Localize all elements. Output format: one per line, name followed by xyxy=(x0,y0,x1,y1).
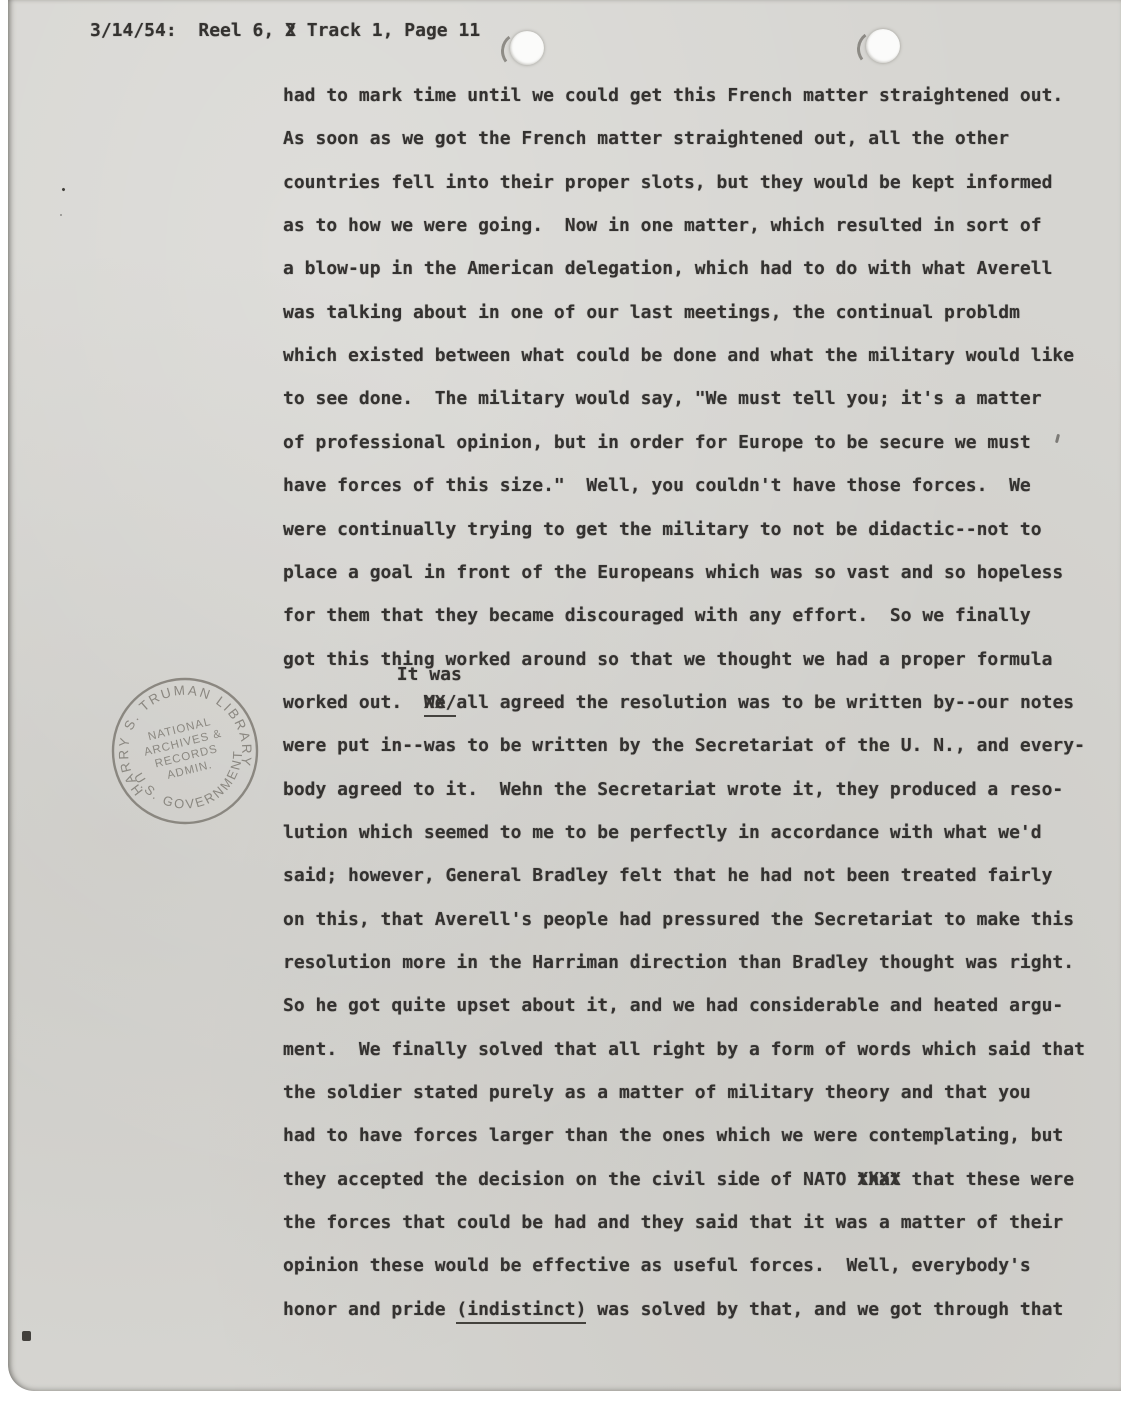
typed-line: as to how we were going. Now in one matt… xyxy=(283,215,1042,258)
text-segment: that these were xyxy=(901,1169,1074,1190)
text-segment: had to have forces larger than the ones … xyxy=(283,1125,1063,1146)
strikeout-overlay: XXXX xyxy=(857,1169,900,1190)
typed-line: of professional opinion, but in order fo… xyxy=(283,432,1031,475)
typed-line: have forces of this size." Well, you cou… xyxy=(283,475,1031,518)
struck-out-text: 2X xyxy=(285,20,296,41)
typed-line: they accepted the decision on the civil … xyxy=(283,1169,1074,1212)
typed-line: had to have forces larger than the ones … xyxy=(283,1125,1063,1168)
typed-line: was talking about in one of our last mee… xyxy=(283,302,1020,345)
strikeout-overlay: XX xyxy=(424,692,446,713)
typed-line: which existed between what could be done… xyxy=(283,345,1074,388)
text-segment: a blow-up in the American delegation, wh… xyxy=(283,258,1052,279)
ink-speck xyxy=(60,214,62,216)
typed-line: opinion these would be effective as usef… xyxy=(283,1255,1031,1298)
text-segment: place a goal in front of the Europeans w… xyxy=(283,562,1063,583)
typed-line: As soon as we got the French matter stra… xyxy=(283,128,1009,171)
text-segment: for them that they became discouraged wi… xyxy=(283,605,1031,626)
text-segment: the soldier stated purely as a matter of… xyxy=(283,1082,1031,1103)
text-segment: honor and pride xyxy=(283,1299,456,1320)
text-segment: to see done. The military would say, "We… xyxy=(283,388,1042,409)
typed-line: body agreed to it. Wehn the Secretariat … xyxy=(283,779,1063,822)
document-scan-page: 3/14/54: Reel 6, 2X Track 1, Page 11 had… xyxy=(0,0,1121,1405)
typed-line: for them that they became discouraged wi… xyxy=(283,605,1031,648)
typed-line: countries fell into their proper slots, … xyxy=(283,172,1052,215)
typed-line: to see done. The military would say, "We… xyxy=(283,388,1042,431)
text-segment: resolution more in the Harriman directio… xyxy=(283,952,1074,973)
text-segment: have forces of this size." Well, you cou… xyxy=(283,475,1031,496)
text-segment: was talking about in one of our last mee… xyxy=(283,302,1020,323)
text-segment: worked out. xyxy=(283,692,424,713)
punch-hole-right xyxy=(866,29,900,63)
text-segment: the forces that could be had and they sa… xyxy=(283,1212,1063,1233)
text-segment: Track 1, Page 11 xyxy=(296,20,480,41)
typed-line: on this, that Averell's people had press… xyxy=(283,909,1074,952)
text-segment: opinion these would be effective as usef… xyxy=(283,1255,1031,1276)
underlined-text: (indistinct) xyxy=(456,1299,586,1324)
typed-line: So he got quite upset about it, and we h… xyxy=(283,995,1063,1038)
struck-out-text: thatXXXX xyxy=(857,1169,900,1190)
underlined-text: / xyxy=(446,692,457,717)
page-header-line: 3/14/54: Reel 6, 2X Track 1, Page 11 xyxy=(90,20,480,41)
typed-line: the forces that could be had and they sa… xyxy=(283,1212,1063,1255)
typed-line: place a goal in front of the Europeans w… xyxy=(283,562,1063,605)
typed-line: had to mark time until we could get this… xyxy=(283,85,1063,128)
typed-line: the soldier stated purely as a matter of… xyxy=(283,1082,1031,1125)
text-segment: as to how we were going. Now in one matt… xyxy=(283,215,1042,236)
text-segment: said; however, General Bradley felt that… xyxy=(283,865,1052,886)
text-segment: all agreed the resolution was to be writ… xyxy=(456,692,1074,713)
typed-line: were continually trying to get the milit… xyxy=(283,519,1042,562)
text-segment: were continually trying to get the milit… xyxy=(283,519,1042,540)
typed-line: worked out. WeXX/all agreed the resoluti… xyxy=(283,692,1074,735)
typed-transcript-body: had to mark time until we could get this… xyxy=(283,85,1103,1365)
text-segment: they accepted the decision on the civil … xyxy=(283,1169,857,1190)
text-segment: were put in--was to be written by the Se… xyxy=(283,735,1085,756)
struck-out-text: WeXX xyxy=(424,692,446,717)
text-segment: which existed between what could be done… xyxy=(283,345,1074,366)
text-segment: of professional opinion, but in order fo… xyxy=(283,432,1031,453)
punch-hole-left xyxy=(510,31,544,65)
text-segment: lution which seemed to me to be perfectl… xyxy=(283,822,1042,843)
text-segment: As soon as we got the French matter stra… xyxy=(283,128,1009,149)
text-segment: ment. We finally solved that all right b… xyxy=(283,1039,1085,1060)
typed-line: were put in--was to be written by the Se… xyxy=(283,735,1085,778)
ink-speck xyxy=(22,1331,31,1341)
typed-line: ment. We finally solved that all right b… xyxy=(283,1039,1085,1082)
text-segment: 3/14/54: Reel 6, xyxy=(90,20,285,41)
text-segment: on this, that Averell's people had press… xyxy=(283,909,1074,930)
text-segment: body agreed to it. Wehn the Secretariat … xyxy=(283,779,1063,800)
strikeout-overlay: X xyxy=(285,20,296,41)
typed-line: resolution more in the Harriman directio… xyxy=(283,952,1074,995)
text-segment: had to mark time until we could get this… xyxy=(283,85,1063,106)
typed-line: lution which seemed to me to be perfectl… xyxy=(283,822,1042,865)
text-segment: was solved by that, and we got through t… xyxy=(586,1299,1063,1320)
text-segment: countries fell into their proper slots, … xyxy=(283,172,1052,193)
typed-line: a blow-up in the American delegation, wh… xyxy=(283,258,1052,301)
typed-line: said; however, General Bradley felt that… xyxy=(283,865,1052,908)
typed-line: honor and pride (indistinct) was solved … xyxy=(283,1299,1063,1342)
text-segment: So he got quite upset about it, and we h… xyxy=(283,995,1063,1016)
interline-insertion: It was xyxy=(397,664,462,685)
